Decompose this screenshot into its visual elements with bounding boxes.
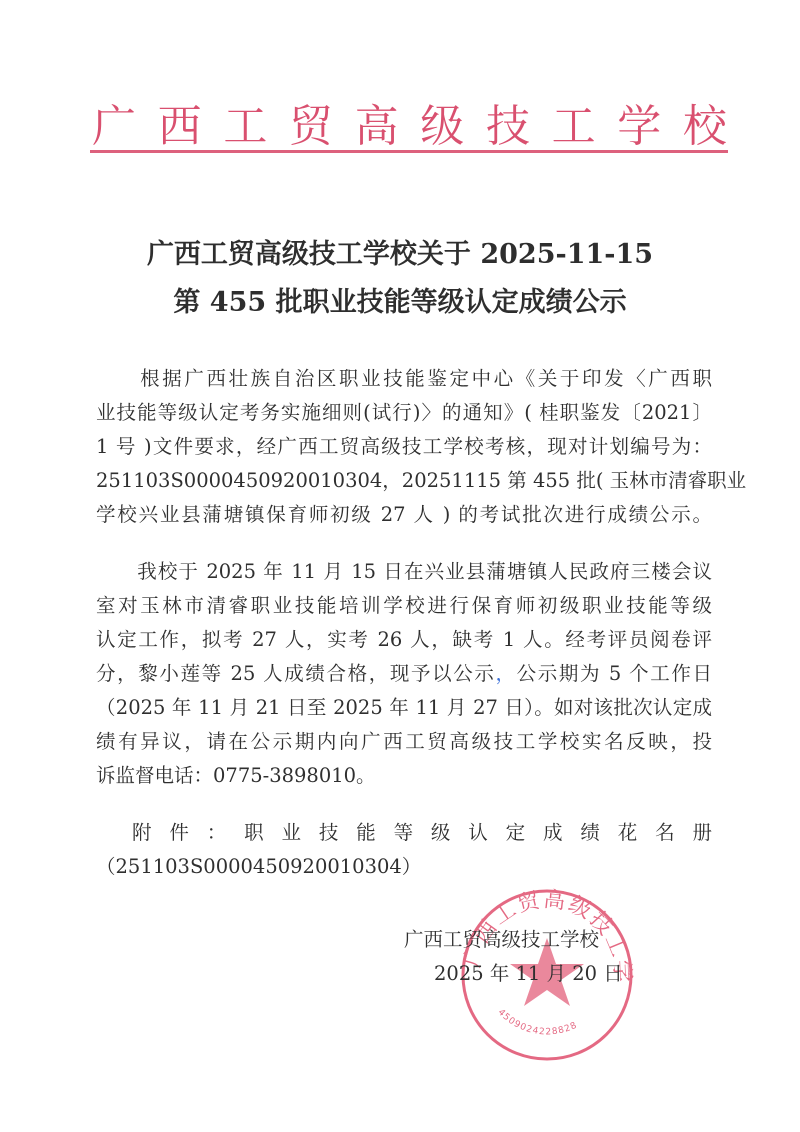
text-line: 我校于 2025 年 11 月 15 日在兴业县蒲塘镇人民政府三楼会议 bbox=[96, 555, 712, 589]
letterhead-char: 工 bbox=[552, 90, 596, 154]
signature-block: 广西工贸高级技工学校 2025 年 11 月 20 日 bbox=[404, 923, 623, 991]
text-segment: 分，黎小莲等 25 人成绩合格，现予以公示 bbox=[96, 662, 495, 685]
letterhead-divider bbox=[90, 150, 728, 153]
text-line: 业技能等级认定考务实施细则(试行)〉的通知》( 桂职鉴发〔2021〕 bbox=[96, 396, 712, 430]
letterhead-char: 学 bbox=[617, 90, 661, 154]
letterhead-char: 贸 bbox=[289, 90, 333, 154]
text-line: 251103S0000450920010304，20251115 第 455 批… bbox=[96, 464, 712, 498]
attachment-label: 附 件 ： 职 业 技 能 等 级 认 定 成 绩 花 名 册 bbox=[96, 816, 712, 850]
document-title-line2: 第 455 批职业技能等级认定成绩公示 bbox=[0, 280, 800, 319]
letterhead-school-name: 广 西 工 贸 高 级 技 工 学 校 bbox=[92, 92, 727, 152]
document-title-line1: 广西工贸高级技工学校关于 2025-11-15 bbox=[0, 232, 800, 271]
blue-comma: ， bbox=[495, 662, 516, 685]
text-line: 认定工作，拟考 27 人，实考 26 人，缺考 1 人。经考评员阅卷评 bbox=[96, 623, 712, 657]
letterhead-char: 校 bbox=[683, 90, 727, 154]
letterhead-char: 工 bbox=[223, 90, 267, 154]
body-paragraph-1: 根据广西壮族自治区职业技能鉴定中心《关于印发〈广西职 业技能等级认定考务实施细则… bbox=[96, 362, 712, 532]
letterhead-char: 广 bbox=[92, 90, 136, 154]
text-line: 诉监督电话：0775-3898010。 bbox=[96, 759, 712, 793]
svg-text:4509024228828: 4509024228828 bbox=[496, 1008, 580, 1038]
letterhead-char: 技 bbox=[486, 90, 530, 154]
text-line: 1 号 )文件要求，经广西工贸高级技工学校考核，现对计划编号为： bbox=[96, 430, 712, 464]
text-line: （2025 年 11 月 21 日至 2025 年 11 月 27 日）。如对该… bbox=[96, 691, 712, 725]
attachment-note: 附 件 ： 职 业 技 能 等 级 认 定 成 绩 花 名 册 （251103S… bbox=[96, 816, 712, 884]
text-line: 绩有异议，请在公示期内向广西工贸高级技工学校实名反映，投 bbox=[96, 725, 712, 759]
issuer-name: 广西工贸高级技工学校 bbox=[404, 928, 599, 951]
issue-date: 2025 年 11 月 20 日 bbox=[404, 957, 623, 991]
attachment-plan-number: （251103S0000450920010304） bbox=[96, 850, 712, 884]
body-paragraph-2: 我校于 2025 年 11 月 15 日在兴业县蒲塘镇人民政府三楼会议 室对玉林… bbox=[96, 555, 712, 793]
letterhead-char: 级 bbox=[420, 90, 464, 154]
text-line: 学校兴业县蒲塘镇保育师初级 27 人 ) 的考试批次进行成绩公示。 bbox=[96, 498, 712, 532]
text-line: 根据广西壮族自治区职业技能鉴定中心《关于印发〈广西职 bbox=[96, 362, 712, 396]
text-line: 室对玉林市清睿职业技能培训学校进行保育师初级职业技能等级 bbox=[96, 589, 712, 623]
text-segment: 公示期为 5 个工作日 bbox=[517, 662, 712, 685]
letterhead-char: 西 bbox=[158, 90, 202, 154]
letterhead-char: 高 bbox=[355, 90, 399, 154]
text-line-composite: 分，黎小莲等 25 人成绩合格，现予以公示，公示期为 5 个工作日 bbox=[96, 657, 712, 691]
